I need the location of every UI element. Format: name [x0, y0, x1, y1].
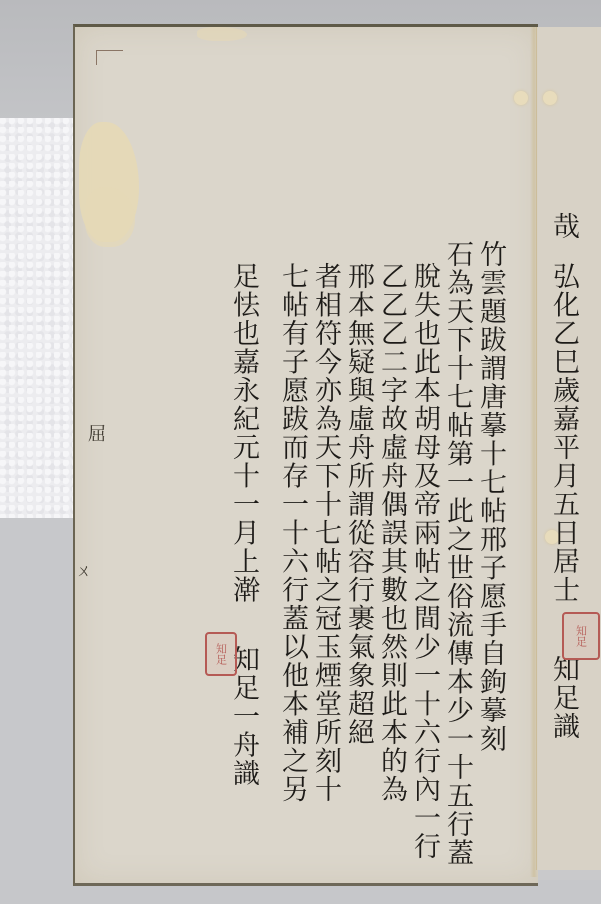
right-column-top: 哉: [548, 212, 578, 241]
text-column-8: 足怯也嘉永紀元十一月上澣: [228, 262, 258, 604]
margin-mark: ㄨ: [76, 558, 92, 581]
water-stain: [197, 27, 247, 41]
text-column-7: 七帖有子愿跋而存一十六行蓋以他本補之另: [277, 262, 307, 804]
page-fold: [530, 27, 538, 877]
corner-mark: [96, 50, 123, 65]
text-column-5: 邢本無疑與虛舟所謂從容行裹氣象超絕: [343, 262, 373, 747]
text-column-6: 者相符今亦為天下十七帖之冠玉煙堂所刻十: [310, 262, 340, 804]
stain-spot: [543, 91, 557, 105]
stain-spot: [514, 91, 528, 105]
right-column-signature: 知足識: [548, 655, 578, 741]
margin-mark: 屈: [88, 420, 106, 446]
red-seal: 知足: [205, 632, 237, 676]
background-surface-lower: [0, 518, 74, 904]
text-column-2: 石為天下十七帖第一此之世俗流傳本少一十五行蓋: [442, 240, 472, 867]
red-seal: 知足: [562, 612, 600, 660]
foam-support: [0, 118, 74, 518]
text-column-4: 乙乙乙二字故虛舟偶誤其數也然則此本的為: [376, 262, 406, 804]
text-column-3: 脫失也此本胡母及帝兩帖之間少一十六行內一行: [409, 262, 439, 861]
text-column-1: 竹雲題跋謂唐摹十七帖邢子愿手自鉤摹刻: [475, 240, 505, 753]
right-column-body: 弘化乙巳歲嘉平月五日居士: [548, 262, 578, 604]
